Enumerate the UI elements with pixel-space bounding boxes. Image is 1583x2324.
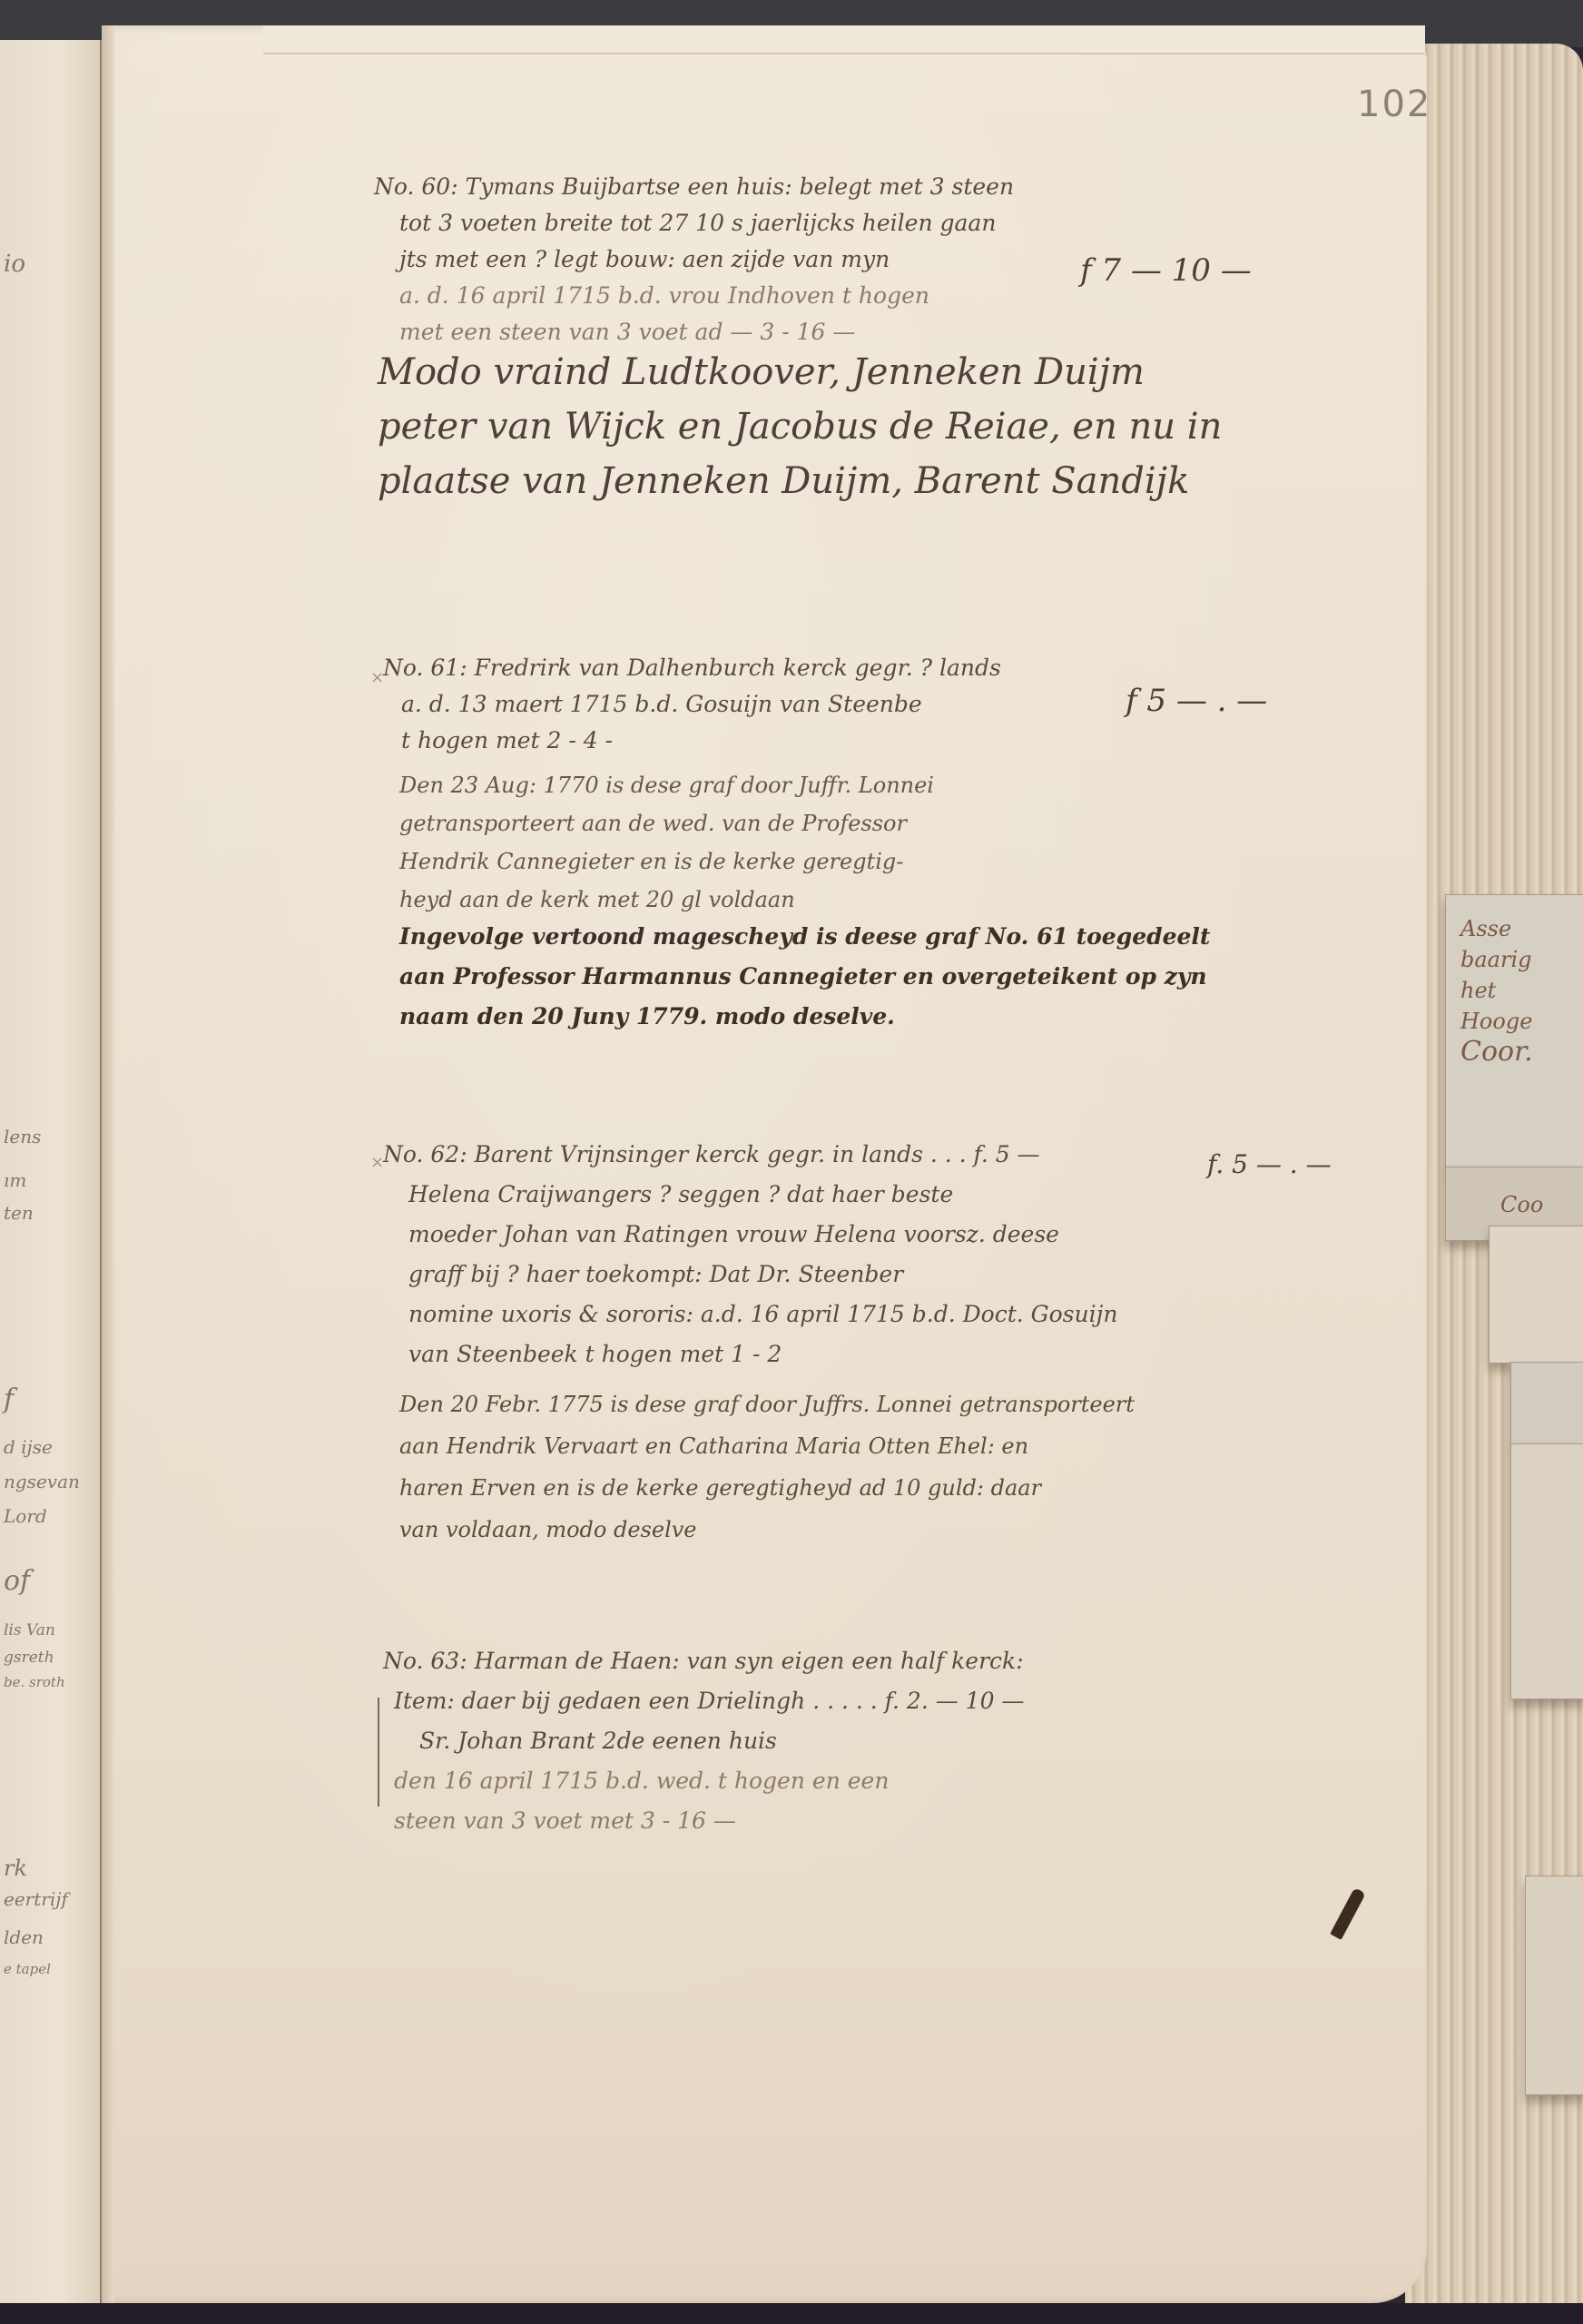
entry-61-note2-line: Ingevolge vertoond magescheyd is deese g… <box>399 917 1210 957</box>
margin-note: eertrijf <box>4 1888 68 1910</box>
entry-63-line: Sr. Johan Brant 2de eenen huis <box>383 1721 1024 1761</box>
entry-61-line: t hogen met 2 - 4 - <box>383 723 1001 759</box>
entry-60-amount: f 7 — 10 — <box>1080 252 1252 289</box>
entry-60-line: No. 60: Tymans Buijbartse een huis: bele… <box>374 169 1014 205</box>
entry-60-line: jts met een ? legt bouw: aen zijde van m… <box>374 241 1014 278</box>
entry-61: No. 61: Fredrirk van Dalhenburch kerck g… <box>383 650 1001 759</box>
page-top-edge <box>263 25 1425 54</box>
margin-note: lis Van <box>4 1621 55 1640</box>
entry-62: No. 62: Barent Vrijnsinger kerck gegr. i… <box>383 1135 1117 1374</box>
entry-62-line: nomine uxoris & sororis: a.d. 16 april 1… <box>383 1295 1117 1334</box>
entry-60-line: a. d. 16 april 1715 b.d. vrou Indhoven t… <box>374 278 1014 314</box>
entry-63-bracket <box>378 1698 379 1807</box>
tab-note: Asse baarig het Hooge Coor. <box>1460 913 1533 1068</box>
entry-61-amount: f 5 — . — <box>1126 683 1267 719</box>
entry-62-line: No. 62: Barent Vrijnsinger kerck gegr. i… <box>383 1135 1117 1175</box>
index-tab <box>1510 1443 1583 1699</box>
entry-61-note2-line: naam den 20 Juny 1779. modo deselve. <box>399 997 1210 1037</box>
page-gutter <box>102 25 114 2303</box>
margin-note: lden <box>4 1926 44 1948</box>
index-tab <box>1525 1876 1583 2095</box>
entry-62-line: graff bij ? haer toekompt: Dat Dr. Steen… <box>383 1255 1117 1295</box>
margin-note: rk <box>4 1856 27 1881</box>
entry-62-line: Helena Craijwangers ? seggen ? dat haer … <box>383 1175 1117 1215</box>
margin-note: of <box>4 1565 30 1597</box>
margin-note: ım <box>4 1169 26 1191</box>
cross-mark: × <box>370 668 384 687</box>
entry-62-transfer-note: Den 20 Febr. 1775 is dese graf door Juff… <box>399 1384 1135 1551</box>
margin-note: lens <box>4 1126 41 1147</box>
entry-61-line: a. d. 13 maert 1715 b.d. Gosuijn van Ste… <box>383 686 1001 723</box>
tab-note: Coo <box>1500 1189 1543 1220</box>
margin-note: ngsevan <box>4 1471 80 1492</box>
entry-60: No. 60: Tymans Buijbartse een huis: bele… <box>374 169 1014 350</box>
entry-63-line: Item: daer bij gedaen een Drielingh . . … <box>383 1681 1024 1721</box>
entry-61-note-line: Den 23 Aug: 1770 is dese graf door Juffr… <box>399 766 934 804</box>
entry-63-line: steen van 3 voet met 3 - 16 — <box>383 1801 1024 1841</box>
entry-60-line: tot 3 voeten breite tot 27 10 s jaerlijc… <box>374 205 1014 241</box>
entry-61-line: No. 61: Fredrirk van Dalhenburch kerck g… <box>383 650 1001 686</box>
entry-61-note2-line: aan Professor Harmannus Cannegieter en o… <box>399 957 1210 997</box>
scan-background-bottom <box>0 2303 1583 2324</box>
entry-62-line: van Steenbeek t hogen met 1 - 2 <box>383 1334 1117 1374</box>
index-tab <box>1489 1226 1583 1364</box>
entry-63-line: No. 63: Harman de Haen: van syn eigen ee… <box>383 1641 1024 1681</box>
entry-61-note-line: Hendrik Cannegieter en is de kerke gereg… <box>399 842 934 881</box>
entry-62-note-line: aan Hendrik Vervaart en Catharina Maria … <box>399 1425 1135 1467</box>
margin-note: io <box>4 251 25 278</box>
cross-mark: × <box>370 1153 384 1172</box>
entry-63-line: den 16 april 1715 b.d. wed. t hogen en e… <box>383 1761 1024 1801</box>
margin-note: d ijse <box>4 1436 53 1458</box>
entry-61-note-line: heyd aan de kerk met 20 gl voldaan <box>399 881 934 919</box>
entry-62-note-line: Den 20 Febr. 1775 is dese graf door Juff… <box>399 1384 1135 1425</box>
margin-note: ten <box>4 1202 34 1224</box>
index-tab <box>1510 1362 1583 1445</box>
index-tab: Asse baarig het Hooge Coor. <box>1445 894 1583 1168</box>
margin-note: f <box>4 1384 14 1415</box>
entry-60-note-line: peter van Wijck en Jacobus de Reiae, en … <box>378 399 1222 454</box>
entry-60-note: Modo vraind Ludtkoover, Jenneken Duijm p… <box>378 345 1222 508</box>
entry-60-note-line: plaatse van Jenneken Duijm, Barent Sandi… <box>378 454 1222 508</box>
margin-note: Lord <box>4 1505 47 1527</box>
margin-note: be. sroth <box>4 1674 65 1690</box>
margin-note: e tapel <box>4 1961 51 1977</box>
margin-note: gsreth <box>4 1649 54 1667</box>
entry-62-note-line: van voldaan, modo deselve <box>399 1509 1135 1551</box>
entry-62-line: moeder Johan van Ratingen vrouw Helena v… <box>383 1215 1117 1255</box>
entry-63: No. 63: Harman de Haen: van syn eigen ee… <box>383 1641 1024 1841</box>
entry-60-note-line: Modo vraind Ludtkoover, Jenneken Duijm <box>378 345 1222 399</box>
entry-61-note-line: getransporteert aan de wed. van de Profe… <box>399 804 934 842</box>
page-number: 102 <box>1357 84 1431 125</box>
entry-61-transfer-note: Den 23 Aug: 1770 is dese graf door Juffr… <box>399 766 934 919</box>
entry-62-amount: f. 5 — . — <box>1207 1149 1332 1179</box>
entry-61-allocation-note: Ingevolge vertoond magescheyd is deese g… <box>399 917 1210 1037</box>
previous-page-edge: io lens ım ten f d ijse ngsevan Lord of … <box>0 40 102 2303</box>
entry-62-note-line: haren Erven en is de kerke geregtigheyd … <box>399 1467 1135 1509</box>
